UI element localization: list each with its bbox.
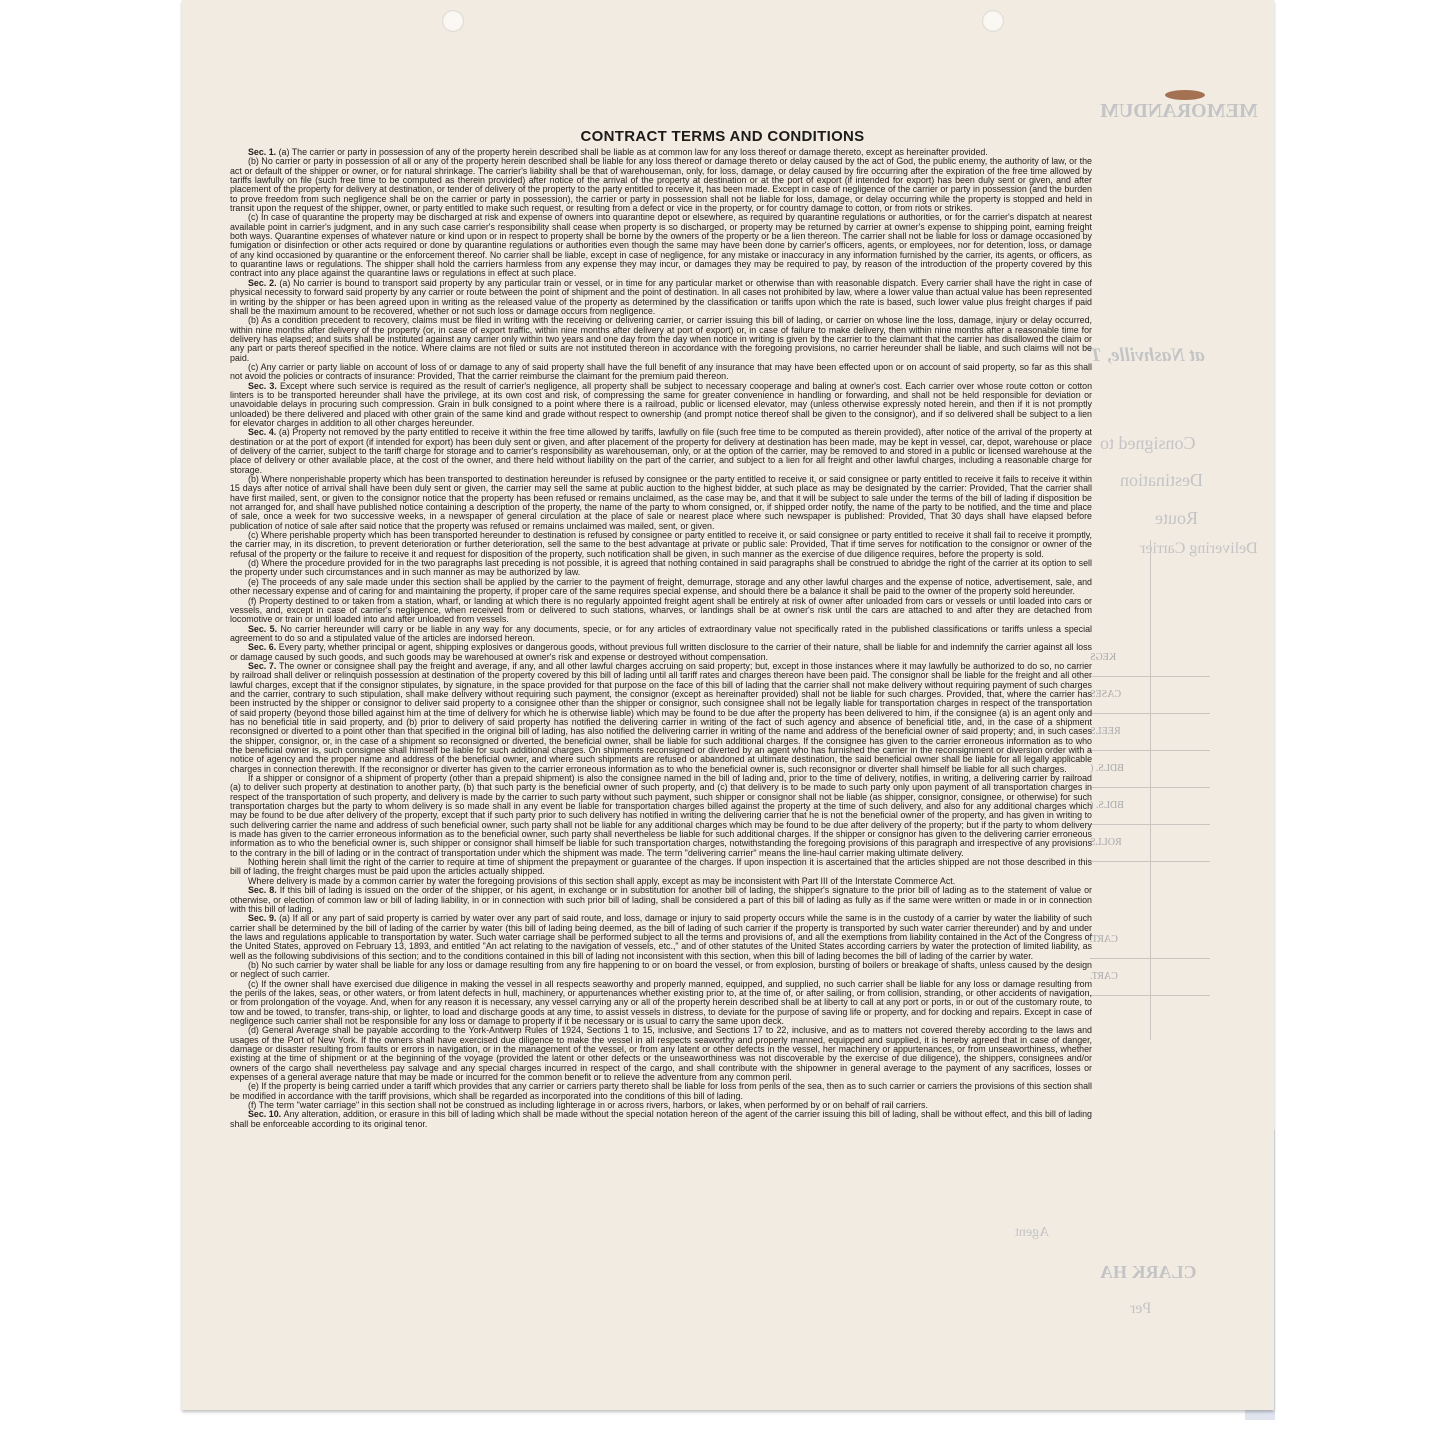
terms-paragraph: (c) In case of quarantine the property m… bbox=[230, 213, 1092, 278]
paragraph-text: Any alteration, addition, or erasure in … bbox=[230, 1109, 1092, 1128]
paragraph-text: (b) Where nonperishable property which h… bbox=[230, 474, 1092, 531]
paragraph-text: Nothing herein shall limit the right of … bbox=[230, 857, 1092, 876]
terms-paragraph: Sec. 9. (a) If all or any part of said p… bbox=[230, 914, 1092, 961]
paragraph-text: (c) Where perishable property which has … bbox=[230, 530, 1092, 559]
bleed-table: KEGS CASES REELS BDLS. ( BDLS. ( ROLLS C… bbox=[1090, 560, 1210, 1010]
bleed-memorandum: MEMORANDUM bbox=[1100, 100, 1258, 123]
terms-paragraph: (d) Where the procedure provided for in … bbox=[230, 559, 1092, 578]
bleed-company: CLARK HA bbox=[1100, 1262, 1197, 1283]
terms-paragraph: Nothing herein shall limit the right of … bbox=[230, 858, 1092, 877]
paragraph-text: (b) No such carrier by water shall be li… bbox=[230, 960, 1092, 979]
terms-paragraph: Sec. 5. No carrier hereunder will carry … bbox=[230, 625, 1092, 644]
paragraph-text: (b) As a condition precedent to recovery… bbox=[230, 315, 1092, 362]
terms-paragraph: (c) Any carrier or party liable on accou… bbox=[230, 363, 1092, 382]
bleed-table-row: BDLS. ( bbox=[1090, 788, 1210, 825]
paragraph-text: If this bill of lading is issued on the … bbox=[230, 885, 1092, 914]
paragraph-text: (f) Property destined to or taken from a… bbox=[230, 596, 1092, 625]
terms-paragraph: (f) Property destined to or taken from a… bbox=[230, 597, 1092, 625]
bleed-per: Per bbox=[1130, 1300, 1151, 1318]
paragraph-text: (c) If the owner shall have exercised du… bbox=[230, 979, 1092, 1026]
terms-paragraph: (b) As a condition precedent to recovery… bbox=[230, 316, 1092, 363]
rust-stain bbox=[1165, 90, 1205, 100]
terms-paragraph: Sec. 4. (a) Property not removed by the … bbox=[230, 428, 1092, 475]
terms-paragraph: If a shipper or consignor of a shipment … bbox=[230, 774, 1092, 858]
terms-paragraph: Sec. 10. Any alteration, addition, or er… bbox=[230, 1110, 1092, 1129]
document-title: CONTRACT TERMS AND CONDITIONS bbox=[0, 128, 1445, 145]
bleed-table-row: CART. bbox=[1090, 959, 1210, 996]
terms-paragraph: (d) General Average shall be payable acc… bbox=[230, 1026, 1092, 1082]
bleed-destination: Destination bbox=[1120, 470, 1203, 491]
terms-paragraph: (b) No such carrier by water shall be li… bbox=[230, 961, 1092, 980]
bleed-table-row: CART. bbox=[1090, 922, 1210, 959]
paragraph-text: (a) Property not removed by the party en… bbox=[230, 427, 1092, 474]
paragraph-text: (d) Where the procedure provided for in … bbox=[230, 558, 1092, 577]
terms-paragraph: Sec. 2. (a) No carrier is bound to trans… bbox=[230, 279, 1092, 316]
bleed-table-row: REELS bbox=[1090, 714, 1210, 751]
bleed-table-row: BDLS. ( bbox=[1090, 751, 1210, 788]
terms-paragraph: Sec. 7. The owner or consignee shall pay… bbox=[230, 662, 1092, 774]
paragraph-text: (e) The proceeds of any sale made under … bbox=[230, 577, 1092, 596]
paragraph-text: (e) If the property is being carried und… bbox=[230, 1081, 1092, 1100]
paragraph-text: The owner or consignee shall pay the fre… bbox=[230, 661, 1092, 774]
terms-paragraph: (c) If the owner shall have exercised du… bbox=[230, 980, 1092, 1027]
contract-terms-body: Sec. 1. (a) The carrier or party in poss… bbox=[230, 148, 1092, 1373]
paragraph-text: (b) No carrier or party in possession of… bbox=[230, 156, 1092, 213]
bleed-table-row: ROLLS bbox=[1090, 825, 1210, 862]
paragraph-text: (d) General Average shall be payable acc… bbox=[230, 1025, 1092, 1082]
bleed-table-row: KEGS bbox=[1090, 640, 1210, 677]
terms-paragraph: Sec. 6. Every party, whether principal o… bbox=[230, 643, 1092, 662]
terms-paragraph: (b) Where nonperishable property which h… bbox=[230, 475, 1092, 531]
terms-paragraph: (e) The proceeds of any sale made under … bbox=[230, 578, 1092, 597]
bleed-location: at Nashville, T bbox=[1090, 345, 1205, 367]
paragraph-text: (a) If all or any part of said property … bbox=[230, 913, 1092, 960]
bleed-delivering-carrier: Delivering Carrier bbox=[1140, 540, 1258, 558]
terms-paragraph: Sec. 8. If this bill of lading is issued… bbox=[230, 886, 1092, 914]
bleed-route: Route bbox=[1155, 508, 1198, 529]
terms-paragraph: Sec. 3. Except where such service is req… bbox=[230, 382, 1092, 429]
paragraph-text: (c) Any carrier or party liable on accou… bbox=[230, 362, 1092, 381]
paragraph-text: No carrier hereunder will carry or be li… bbox=[230, 624, 1092, 643]
terms-paragraph: (e) If the property is being carried und… bbox=[230, 1082, 1092, 1101]
bleed-table-row: CASES bbox=[1090, 677, 1210, 714]
paragraph-text: Except where such service is required as… bbox=[230, 381, 1092, 428]
terms-paragraph: (b) No carrier or party in possession of… bbox=[230, 157, 1092, 213]
paragraph-text: (c) In case of quarantine the property m… bbox=[230, 212, 1092, 278]
paragraph-text: If a shipper or consignor of a shipment … bbox=[230, 773, 1092, 858]
punch-hole bbox=[442, 10, 464, 32]
terms-paragraph: (c) Where perishable property which has … bbox=[230, 531, 1092, 559]
punch-hole bbox=[982, 10, 1004, 32]
paragraph-text: Every party, whether principal or agent,… bbox=[230, 642, 1092, 661]
paragraph-text: (a) No carrier is bound to transport sai… bbox=[230, 278, 1092, 316]
bleed-consigned-to: Consigned to bbox=[1100, 433, 1196, 454]
